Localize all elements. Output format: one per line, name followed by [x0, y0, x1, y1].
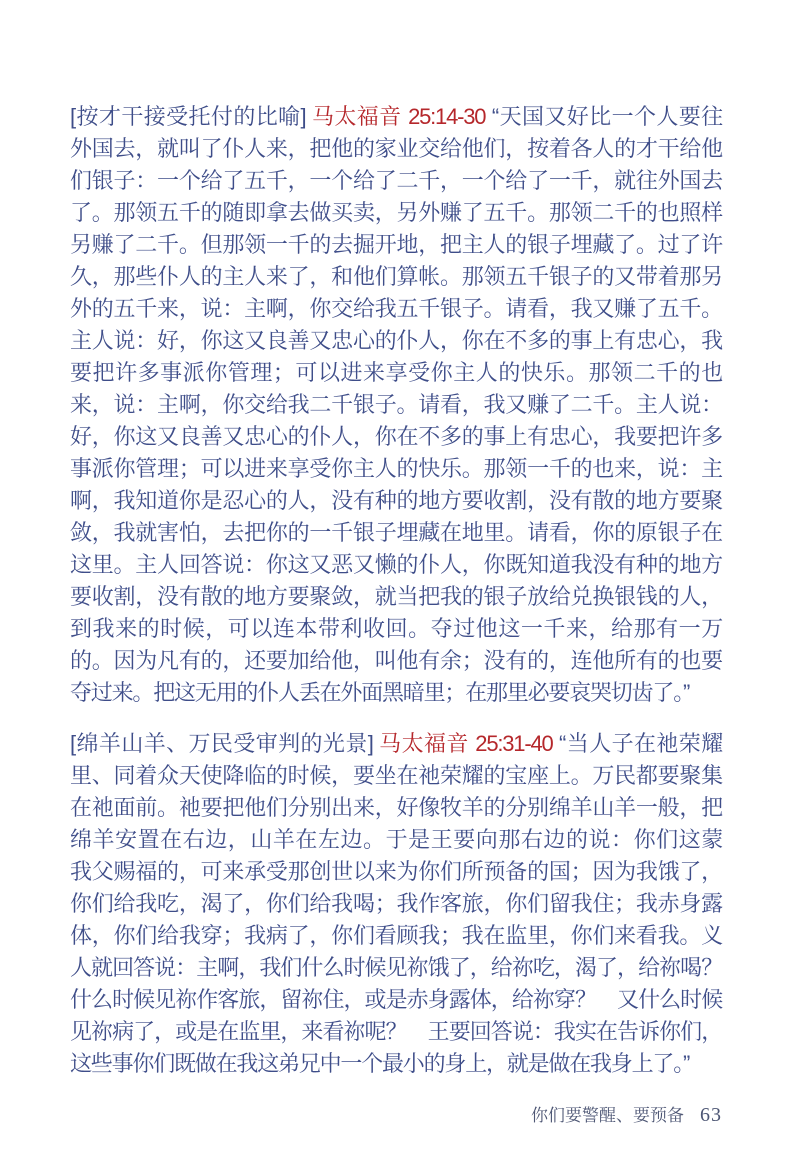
scripture-text: 夺过来。把这无用的仆人丢在外面黑暗里；在那里必要哀哭切齿了。” — [70, 680, 689, 705]
text-line: 我父赐福的，可来承受那创世以来为你们所预备的国；因为我饿了， — [70, 856, 722, 888]
text-line: 另赚了二千。但那领一千的去掘开地，把主人的银子埋藏了。过了许 — [70, 229, 722, 261]
scripture-text: 要把许多事派你管理；可以进来享受你主人的快乐。那领二千的也 — [70, 360, 722, 385]
text-line: 人就回答说：主啊，我们什么时候见祢饿了，给祢吃，渴了，给祢喝？ — [70, 952, 722, 984]
document-page: [按才干接受托付的比喻] 马太福音 25:14-30 “天国又好比一个人要往外国… — [0, 0, 790, 1170]
text-line: 事派你管理；可以进来享受你主人的快乐。那领一千的也来，说：主 — [70, 453, 722, 485]
scripture-text: 外国去，就叫了仆人来，把他的家业交给他们，按着各人的才干给他 — [70, 136, 722, 161]
page-number: 63 — [700, 1102, 722, 1128]
text-line: 你们给我吃，渴了，你们给我喝；我作客旅，你们留我住；我赤身露 — [70, 888, 722, 920]
text-line: [绵羊山羊、万民受审判的光景] 马太福音 25:31-40 “当人子在祂荣耀 — [70, 728, 722, 760]
scripture-text: 见祢病了，或是在监里，来看祢呢？ 王要回答说：我实在告诉你们， — [70, 1019, 722, 1044]
scripture-text: 们银子：一个给了五千，一个给了二千，一个给了一千，就往外国去 — [70, 168, 722, 193]
text-line: 在祂面前。祂要把他们分别出来，好像牧羊的分别绵羊山羊一般，把 — [70, 792, 722, 824]
scripture-paragraph: [按才干接受托付的比喻] 马太福音 25:14-30 “天国又好比一个人要往外国… — [70, 101, 722, 709]
text-line: 外的五千来，说：主啊，你交给我五千银子。请看，我又赚了五千。 — [70, 293, 722, 325]
text-line: 啊，我知道你是忍心的人，没有种的地方要收割，没有散的地方要聚 — [70, 485, 722, 517]
text-line: 要收割，没有散的地方要聚敛，就当把我的银子放给兑换银钱的人， — [70, 581, 722, 613]
text-line: [按才干接受托付的比喻] 马太福音 25:14-30 “天国又好比一个人要往 — [70, 101, 722, 133]
scripture-text: 主人说：好，你这又良善又忠心的仆人，你在不多的事上有忠心，我 — [70, 328, 722, 353]
text-line: 到我来的时候，可以连本带利收回。夺过他这一千来，给那有一万 — [70, 613, 722, 645]
text-line: 体，你们给我穿；我病了，你们看顾我；我在监里，你们来看我。义 — [70, 920, 722, 952]
scripture-text: 里、同着众天使降临的时候，要坐在祂荣耀的宝座上。万民都要聚集 — [70, 763, 722, 788]
scripture-text: “当人子在祂荣耀 — [553, 731, 722, 756]
text-line: 夺过来。把这无用的仆人丢在外面黑暗里；在那里必要哀哭切齿了。” — [70, 677, 722, 709]
scripture-text: 外的五千来，说：主啊，你交给我五千银子。请看，我又赚了五千。 — [70, 296, 722, 321]
scripture-text: 在祂面前。祂要把他们分别出来，好像牧羊的分别绵羊山羊一般，把 — [70, 795, 722, 820]
text-line: 见祢病了，或是在监里，来看祢呢？ 王要回答说：我实在告诉你们， — [70, 1016, 722, 1048]
scripture-text: 的。因为凡有的，还要加给他，叫他有余；没有的，连他所有的也要 — [70, 648, 722, 673]
scripture-text: 好，你这又良善又忠心的仆人，你在不多的事上有忠心，我要把许多 — [70, 424, 722, 449]
scripture-text: “天国又好比一个人要往 — [485, 104, 722, 129]
scripture-text: 了。那领五千的随即拿去做买卖，另外赚了五千。那领二千的也照样 — [70, 200, 722, 225]
text-line: 这些事你们既做在我这弟兄中一个最小的身上，就是做在我身上了。” — [70, 1048, 722, 1080]
text-line: 来，说：主啊，你交给我二千银子。请看，我又赚了二千。主人说： — [70, 389, 722, 421]
text-line: 敛，我就害怕，去把你的一千银子埋藏在地里。请看，你的原银子在 — [70, 517, 722, 549]
scripture-text: 我父赐福的，可来承受那创世以来为你们所预备的国；因为我饿了， — [70, 859, 722, 884]
scripture-text: [按才干接受托付的比喻] — [70, 104, 312, 129]
text-line: 们银子：一个给了五千，一个给了二千，一个给了一千，就往外国去 — [70, 165, 722, 197]
text-line: 这里。主人回答说：你这又恶又懒的仆人，你既知道我没有种的地方 — [70, 549, 722, 581]
scripture-text: 事派你管理；可以进来享受你主人的快乐。那领一千的也来，说：主 — [70, 456, 722, 481]
scripture-text: 到我来的时候，可以连本带利收回。夺过他这一千来，给那有一万 — [70, 616, 722, 641]
scripture-text: 绵羊安置在右边，山羊在左边。于是王要向那右边的说：你们这蒙 — [70, 827, 722, 852]
scripture-text: 这些事你们既做在我这弟兄中一个最小的身上，就是做在我身上了。” — [70, 1051, 689, 1076]
scripture-text: 要收割，没有散的地方要聚敛，就当把我的银子放给兑换银钱的人， — [70, 584, 722, 609]
text-line: 外国去，就叫了仆人来，把他的家业交给他们，按着各人的才干给他 — [70, 133, 722, 165]
scripture-paragraphs: [按才干接受托付的比喻] 马太福音 25:14-30 “天国又好比一个人要往外国… — [70, 101, 722, 1080]
scripture-text: 人就回答说：主啊，我们什么时候见祢饿了，给祢吃，渴了，给祢喝？ — [70, 955, 722, 980]
page-footer: 你们要警醒、要预备 63 — [531, 1102, 722, 1129]
text-line: 主人说：好，你这又良善又忠心的仆人，你在不多的事上有忠心，我 — [70, 325, 722, 357]
scripture-text: 这里。主人回答说：你这又恶又懒的仆人，你既知道我没有种的地方 — [70, 552, 722, 577]
text-line: 的。因为凡有的，还要加给他，叫他有余；没有的，连他所有的也要 — [70, 645, 722, 677]
scripture-paragraph: [绵羊山羊、万民受审判的光景] 马太福音 25:31-40 “当人子在祂荣耀里、… — [70, 728, 722, 1080]
text-line: 久，那些仆人的主人来了，和他们算帐。那领五千银子的又带着那另 — [70, 261, 722, 293]
scripture-text: 啊，我知道你是忍心的人，没有种的地方要收割，没有散的地方要聚 — [70, 488, 722, 513]
scripture-text: 来，说：主啊，你交给我二千银子。请看，我又赚了二千。主人说： — [70, 392, 722, 417]
text-line: 好，你这又良善又忠心的仆人，你在不多的事上有忠心，我要把许多 — [70, 421, 722, 453]
scripture-text: [绵羊山羊、万民受审判的光景] — [70, 731, 379, 756]
text-line: 要把许多事派你管理；可以进来享受你主人的快乐。那领二千的也 — [70, 357, 722, 389]
running-footer-title: 你们要警醒、要预备 — [531, 1103, 684, 1129]
text-line: 里、同着众天使降临的时候，要坐在祂荣耀的宝座上。万民都要聚集 — [70, 760, 722, 792]
text-line: 什么时候见祢作客旅，留祢住，或是赤身露体，给祢穿？ 又什么时候 — [70, 984, 722, 1016]
scripture-text: 体，你们给我穿；我病了，你们看顾我；我在监里，你们来看我。义 — [70, 923, 722, 948]
scripture-reference: 马太福音 25:14-30 — [312, 104, 485, 129]
text-line: 绵羊安置在右边，山羊在左边。于是王要向那右边的说：你们这蒙 — [70, 824, 722, 856]
scripture-text: 你们给我吃，渴了，你们给我喝；我作客旅，你们留我住；我赤身露 — [70, 891, 722, 916]
scripture-text: 久，那些仆人的主人来了，和他们算帐。那领五千银子的又带着那另 — [70, 264, 722, 289]
text-line: 了。那领五千的随即拿去做买卖，另外赚了五千。那领二千的也照样 — [70, 197, 722, 229]
scripture-text: 什么时候见祢作客旅，留祢住，或是赤身露体，给祢穿？ 又什么时候 — [70, 987, 722, 1012]
scripture-text: 另赚了二千。但那领一千的去掘开地，把主人的银子埋藏了。过了许 — [70, 232, 722, 257]
scripture-text: 敛，我就害怕，去把你的一千银子埋藏在地里。请看，你的原银子在 — [70, 520, 722, 545]
scripture-reference: 马太福音 25:31-40 — [379, 731, 552, 756]
